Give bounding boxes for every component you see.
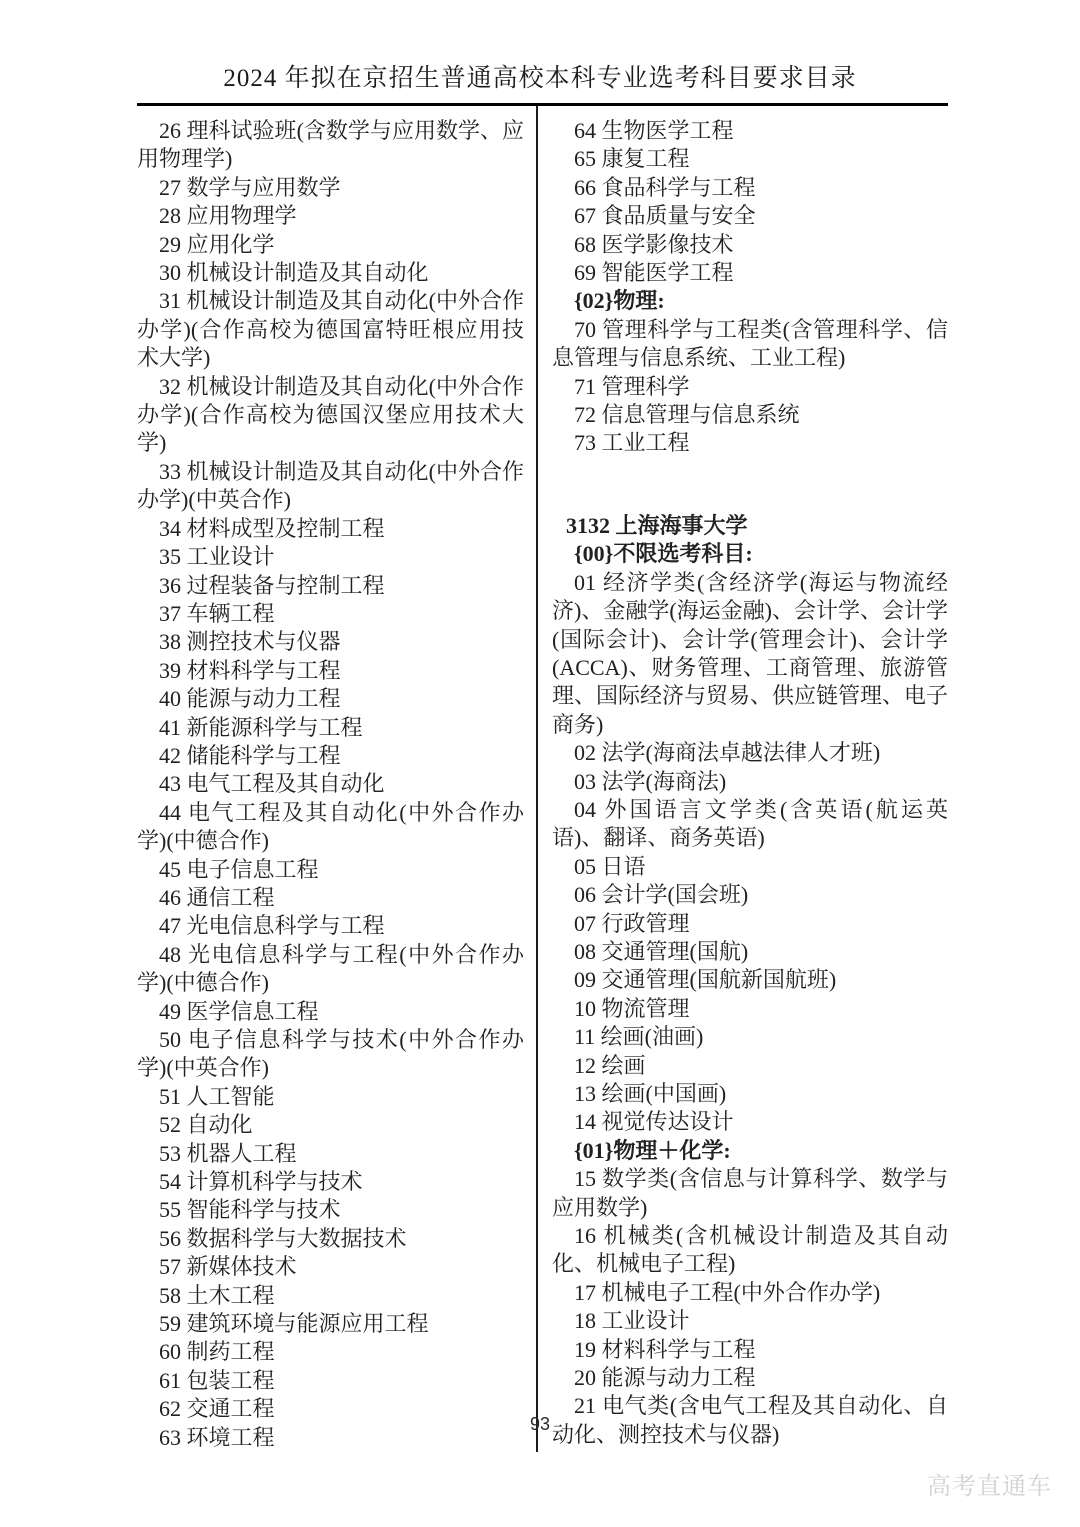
major-entry: 28 应用物理学 bbox=[137, 202, 524, 230]
major-entry: 72 信息管理与信息系统 bbox=[552, 401, 948, 429]
subject-group-heading: {02}物理: bbox=[552, 287, 948, 315]
major-entry: 38 测控技术与仪器 bbox=[137, 628, 524, 656]
major-entry: 64 生物医学工程 bbox=[552, 117, 948, 145]
major-entry: 48 光电信息科学与工程(中外合作办学)(中德合作) bbox=[137, 941, 524, 998]
major-entry: 35 工业设计 bbox=[137, 543, 524, 571]
subject-group-heading: {01}物理＋化学: bbox=[552, 1137, 948, 1165]
major-entry: 67 食品质量与安全 bbox=[552, 202, 948, 230]
major-entry: 69 智能医学工程 bbox=[552, 259, 948, 287]
major-entry: 15 数学类(含信息与计算科学、数学与应用数学) bbox=[552, 1165, 948, 1222]
major-entry: 50 电子信息科学与技术(中外合作办学)(中英合作) bbox=[137, 1026, 524, 1083]
major-entry: 03 法学(海商法) bbox=[552, 768, 948, 796]
major-entry: 52 自动化 bbox=[137, 1111, 524, 1139]
major-entry: 16 机械类(含机械设计制造及其自动化、机械电子工程) bbox=[552, 1222, 948, 1279]
major-entry: 06 会计学(国会班) bbox=[552, 881, 948, 909]
major-entry: 56 数据科学与大数据技术 bbox=[137, 1225, 524, 1253]
major-entry: 54 计算机科学与技术 bbox=[137, 1168, 524, 1196]
major-entry: 09 交通管理(国航新国航班) bbox=[552, 966, 948, 994]
major-entry: 42 储能科学与工程 bbox=[137, 742, 524, 770]
major-entry: 39 材料科学与工程 bbox=[137, 657, 524, 685]
major-entry: 13 绘画(中国画) bbox=[552, 1080, 948, 1108]
major-entry: 71 管理科学 bbox=[552, 373, 948, 401]
major-entry: 66 食品科学与工程 bbox=[552, 174, 948, 202]
major-entry: 40 能源与动力工程 bbox=[137, 685, 524, 713]
major-entry: 51 人工智能 bbox=[137, 1083, 524, 1111]
major-entry: 59 建筑环境与能源应用工程 bbox=[137, 1310, 524, 1338]
major-entry: 01 经济学类(含经济学(海运与物流经济)、金融学(海运金融)、会计学、会计学(… bbox=[552, 569, 948, 739]
major-entry: 31 机械设计制造及其自动化(中外合作办学)(合作高校为德国富特旺根应用技术大学… bbox=[137, 287, 524, 372]
major-entry: 19 材料科学与工程 bbox=[552, 1336, 948, 1364]
major-entry: 11 绘画(油画) bbox=[552, 1023, 948, 1051]
major-entry: 29 应用化学 bbox=[137, 231, 524, 259]
page-header: 2024 年拟在京招生普通高校本科专业选考科目要求目录 bbox=[0, 0, 1080, 106]
major-entry: 46 通信工程 bbox=[137, 884, 524, 912]
major-entry: 07 行政管理 bbox=[552, 910, 948, 938]
major-entry: 43 电气工程及其自动化 bbox=[137, 770, 524, 798]
major-entry: 33 机械设计制造及其自动化(中外合作办学)(中英合作) bbox=[137, 458, 524, 515]
page-footer: 93 bbox=[0, 1414, 1080, 1435]
left-column: 26 理科试验班(含数学与应用数学、应用物理学)27 数学与应用数学28 应用物… bbox=[137, 106, 538, 1452]
major-entry: 41 新能源科学与工程 bbox=[137, 714, 524, 742]
major-entry: 14 视觉传达设计 bbox=[552, 1108, 948, 1136]
major-entry: 73 工业工程 bbox=[552, 429, 948, 457]
major-entry: 12 绘画 bbox=[552, 1052, 948, 1080]
major-entry: 65 康复工程 bbox=[552, 145, 948, 173]
major-entry: 58 土木工程 bbox=[137, 1282, 524, 1310]
major-entry: 61 包装工程 bbox=[137, 1367, 524, 1395]
major-entry: 20 能源与动力工程 bbox=[552, 1364, 948, 1392]
right-column: 64 生物医学工程65 康复工程66 食品科学与工程67 食品质量与安全68 医… bbox=[538, 106, 948, 1452]
major-entry: 02 法学(海商法卓越法律人才班) bbox=[552, 739, 948, 767]
major-entry: 55 智能科学与技术 bbox=[137, 1196, 524, 1224]
university-heading: 3132 上海海事大学 bbox=[552, 512, 948, 540]
major-entry: 44 电气工程及其自动化(中外合作办学)(中德合作) bbox=[137, 799, 524, 856]
major-entry: 45 电子信息工程 bbox=[137, 856, 524, 884]
major-entry: 08 交通管理(国航) bbox=[552, 938, 948, 966]
major-entry: 32 机械设计制造及其自动化(中外合作办学)(合作高校为德国汉堡应用技术大学) bbox=[137, 373, 524, 458]
major-entry: 26 理科试验班(含数学与应用数学、应用物理学) bbox=[137, 117, 524, 174]
major-entry: 34 材料成型及控制工程 bbox=[137, 515, 524, 543]
major-entry: 05 日语 bbox=[552, 853, 948, 881]
major-entry: 68 医学影像技术 bbox=[552, 231, 948, 259]
major-entry: 18 工业设计 bbox=[552, 1307, 948, 1335]
major-entry: 57 新媒体技术 bbox=[137, 1253, 524, 1281]
major-entry: 10 物流管理 bbox=[552, 995, 948, 1023]
document-page: 2024 年拟在京招生普通高校本科专业选考科目要求目录 26 理科试验班(含数学… bbox=[0, 0, 1080, 1527]
two-column-body: 26 理科试验班(含数学与应用数学、应用物理学)27 数学与应用数学28 应用物… bbox=[137, 106, 948, 1452]
major-entry: 17 机械电子工程(中外合作办学) bbox=[552, 1279, 948, 1307]
major-entry: 70 管理科学与工程类(含管理科学、信息管理与信息系统、工业工程) bbox=[552, 316, 948, 373]
major-entry: 04 外国语言文学类(含英语(航运英语)、翻译、商务英语) bbox=[552, 796, 948, 853]
major-entry: 47 光电信息科学与工程 bbox=[137, 912, 524, 940]
page-number: 93 bbox=[530, 1414, 550, 1434]
subject-group-heading: {00}不限选考科目: bbox=[552, 540, 948, 568]
major-entry: 27 数学与应用数学 bbox=[137, 174, 524, 202]
major-entry: 60 制药工程 bbox=[137, 1338, 524, 1366]
page-title: 2024 年拟在京招生普通高校本科专业选考科目要求目录 bbox=[0, 58, 1080, 94]
major-entry: 30 机械设计制造及其自动化 bbox=[137, 259, 524, 287]
major-entry: 37 车辆工程 bbox=[137, 600, 524, 628]
major-entry: 53 机器人工程 bbox=[137, 1140, 524, 1168]
major-entry: 49 医学信息工程 bbox=[137, 998, 524, 1026]
watermark: 高考直通车 bbox=[927, 1466, 1052, 1501]
major-entry: 36 过程装备与控制工程 bbox=[137, 572, 524, 600]
